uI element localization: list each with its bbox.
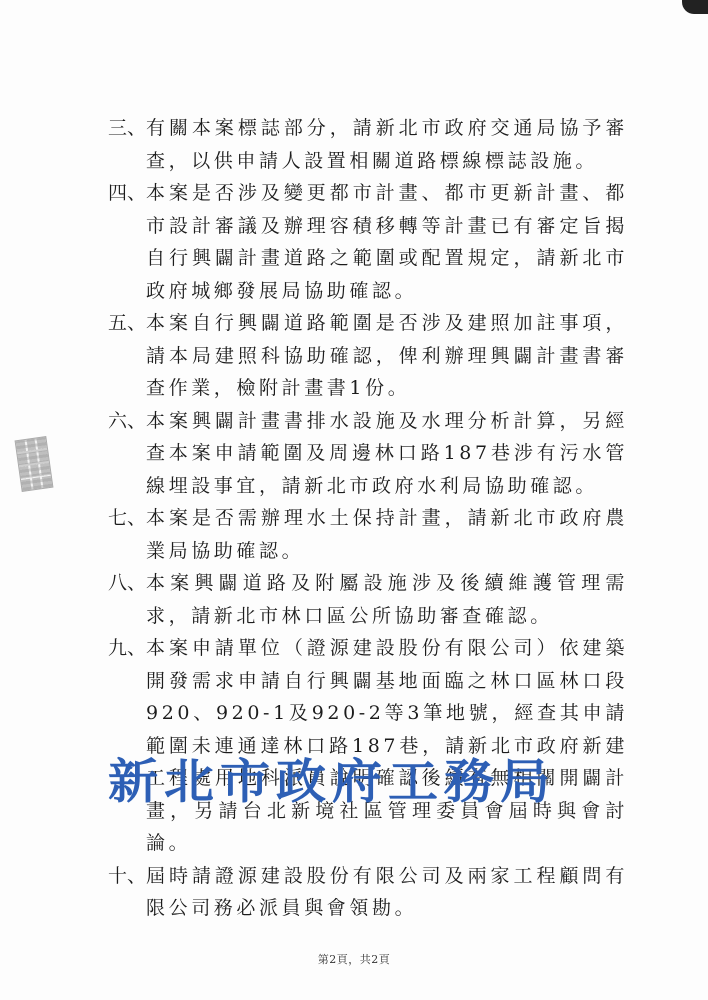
item-marker: 七、 [108, 502, 146, 567]
list-item: 九、 本案申請單位（證源建設股份有限公司）依建築開發需求申請自行興闢基地面臨之林… [108, 632, 628, 860]
list-item: 三、 有關本案標誌部分，請新北市政府交通局協予審查，以供申請人設置相關道路標線標… [108, 112, 628, 177]
page-number: 第2頁，共2頁 [0, 951, 708, 967]
item-text: 本案興闢計畫書排水設施及水理分析計算，另經查本案申請範圍及周邊林口路187巷涉有… [146, 405, 628, 503]
agency-stamp: 新北市政府工務局 [108, 754, 556, 811]
item-text: 本案是否涉及變更都市計畫、都市更新計畫、都市設計審議及辦理容積移轉等計畫已有審定… [146, 177, 628, 307]
item-text: 本案自行興闢道路範圍是否涉及建照加註事項，請本局建照科協助確認，俾利辦理興闢計畫… [146, 307, 628, 405]
item-text: 屆時請證源建設股份有限公司及兩家工程顧問有限公司務必派員與會領勘。 [146, 860, 628, 925]
list-item: 四、 本案是否涉及變更都市計畫、都市更新計畫、都市設計審議及辦理容積移轉等計畫已… [108, 177, 628, 307]
document-page: 三、 有關本案標誌部分，請新北市政府交通局協予審查，以供申請人設置相關道路標線標… [0, 0, 708, 1000]
item-marker: 五、 [108, 307, 146, 405]
item-marker: 三、 [108, 112, 146, 177]
item-text: 有關本案標誌部分，請新北市政府交通局協予審查，以供申請人設置相關道路標線標誌設施… [146, 112, 628, 177]
item-marker: 十、 [108, 860, 146, 925]
list-item: 五、 本案自行興闢道路範圍是否涉及建照加註事項，請本局建照科協助確認，俾利辦理興… [108, 307, 628, 405]
list-item: 十、 屆時請證源建設股份有限公司及兩家工程顧問有限公司務必派員與會領勘。 [108, 860, 628, 925]
item-marker: 四、 [108, 177, 146, 307]
list-item: 八、 本案興闢道路及附屬設施涉及後續維護管理需求，請新北市林口區公所協助審查確認… [108, 567, 628, 632]
scan-artifact [682, 0, 708, 14]
item-marker: 八、 [108, 567, 146, 632]
list-item: 六、 本案興闢計畫書排水設施及水理分析計算，另經查本案申請範圍及周邊林口路187… [108, 405, 628, 503]
item-text: 本案申請單位（證源建設股份有限公司）依建築開發需求申請自行興闢基地面臨之林口區林… [146, 632, 628, 860]
list-item: 七、 本案是否需辦理水土保持計畫，請新北市政府農業局協助確認。 [108, 502, 628, 567]
item-text: 本案興闢道路及附屬設施涉及後續維護管理需求，請新北市林口區公所協助審查確認。 [146, 567, 628, 632]
seal-stamp-icon [15, 436, 54, 492]
item-marker: 九、 [108, 632, 146, 860]
item-marker: 六、 [108, 405, 146, 503]
item-text: 本案是否需辦理水土保持計畫，請新北市政府農業局協助確認。 [146, 502, 628, 567]
